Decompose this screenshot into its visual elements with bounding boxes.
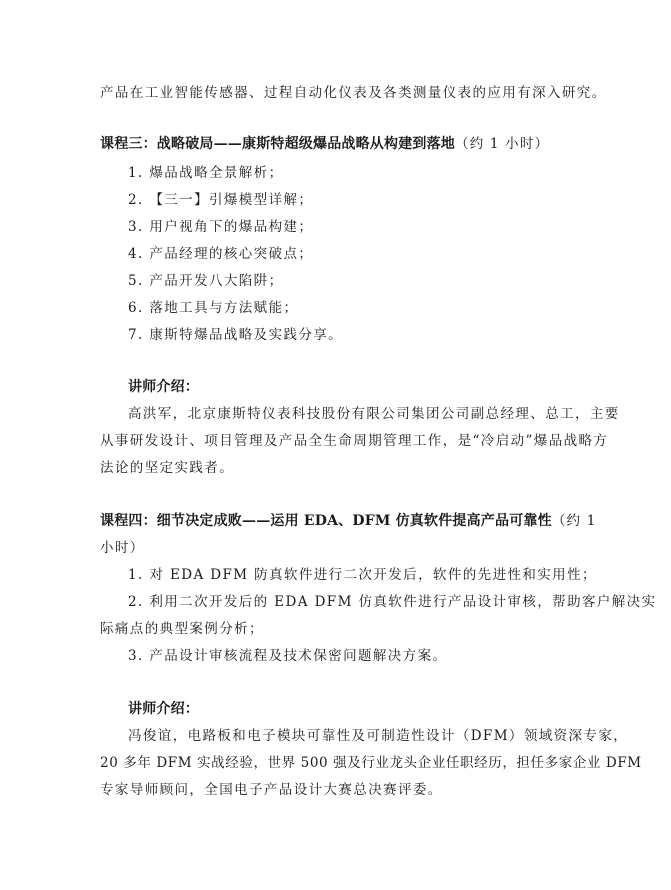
course4-lecturer-heading: 讲师介绍： <box>128 700 605 718</box>
course3-item-1: 1. 爆品战略全景解析； <box>128 164 605 182</box>
course4-lecturer-line-1: 冯俊谊，电路板和电子模块可靠性及可制造性设计（DFM）领域资深专家， <box>100 727 577 745</box>
course3-item-5: 5. 产品开发八大陷阱； <box>128 272 605 290</box>
course3-lecturer-line-1: 高洪军，北京康斯特仪表科技股份有限公司集团公司副总经理、总工，主要 <box>100 405 577 423</box>
course4-item-2: 2. 利用二次开发后的 EDA DFM 仿真软件进行产品设计审核，帮助客户解决实 <box>100 593 577 611</box>
course4-item-3: 3. 产品设计审核流程及技术保密问题解决方案。 <box>128 647 605 665</box>
course3-lecturer-line-3: 法论的坚定实践者。 <box>100 459 577 477</box>
course4-item-1: 1. 对 EDA DFM 防真软件进行二次开发后，软件的先进性和实用性； <box>128 566 605 584</box>
course3-item-7: 7. 康斯特爆品战略及实践分享。 <box>128 326 605 344</box>
course3-title-bold: 课程三：战略破局——康斯特超级爆品战略从构建到落地 <box>100 136 455 152</box>
course4-duration: （约 1 <box>552 513 597 529</box>
course3-item-6: 6. 落地工具与方法赋能； <box>128 299 605 317</box>
course4-item-2-cont: 际痛点的典型案例分析； <box>100 620 577 638</box>
course4-lecturer-line-3: 专家导师顾问，全国电子产品设计大赛总决赛评委。 <box>100 781 577 799</box>
course3-item-4: 4. 产品经理的核心突破点； <box>128 245 605 263</box>
course3-lecturer-line-2: 从事研发设计、项目管理及产品全生命周期管理工作，是“冷启动”爆品战略方 <box>100 432 577 450</box>
course4-title-line-2: 小时） <box>100 539 577 557</box>
course4-title-bold: 课程四：细节决定成败——运用 EDA、DFM 仿真软件提高产品可靠性 <box>100 513 552 529</box>
course4-title: 课程四：细节决定成败——运用 EDA、DFM 仿真软件提高产品可靠性（约 1 <box>100 512 577 530</box>
course3-title: 课程三：战略破局——康斯特超级爆品战略从构建到落地（约 1 小时） <box>100 135 577 153</box>
course3-item-2: 2. 【三一】引爆模型详解； <box>128 191 605 209</box>
course3-lecturer-heading: 讲师介绍： <box>128 378 605 396</box>
intro-tail-paragraph: 产品在工业智能传感器、过程自动化仪表及各类测量仪表的应用有深入研究。 <box>100 84 577 102</box>
course3-item-3: 3. 用户视角下的爆品构建； <box>128 218 605 236</box>
course4-lecturer-line-2: 20 多年 DFM 实战经验，世界 500 强及行业龙头企业任职经历，担任多家企… <box>100 754 577 772</box>
course3-duration: （约 1 小时） <box>455 136 549 152</box>
